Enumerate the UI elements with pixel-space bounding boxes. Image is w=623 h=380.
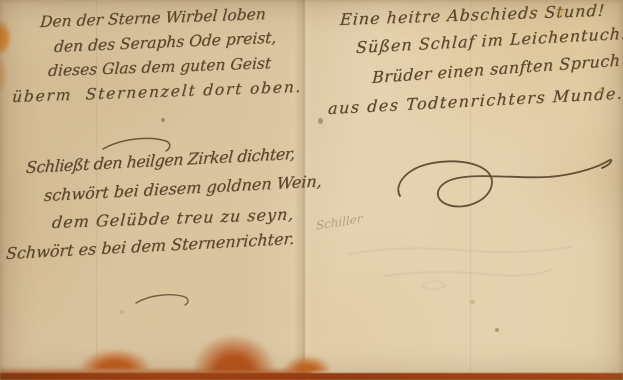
- ink-fleck: [318, 118, 323, 124]
- foxing-speck: [598, 88, 604, 93]
- signature-paraph-flourish: [388, 152, 620, 214]
- foxing-speck: [470, 300, 475, 304]
- foxing-speck: [120, 310, 124, 314]
- bottom-stain-blob: [194, 336, 274, 372]
- bottom-stain-blob: [284, 356, 330, 372]
- faint-pencil-traces: [340, 240, 580, 295]
- foxing-speck: [495, 328, 499, 332]
- manuscript-photo: Den der Sterne Wirbel loben den des Sera…: [0, 0, 623, 380]
- bottom-stain-band: [0, 373, 623, 380]
- foxing-speck: [556, 8, 566, 15]
- ink-flourish-small: [133, 290, 195, 308]
- ink-fleck: [161, 118, 165, 122]
- bottom-stain-blob: [80, 350, 150, 370]
